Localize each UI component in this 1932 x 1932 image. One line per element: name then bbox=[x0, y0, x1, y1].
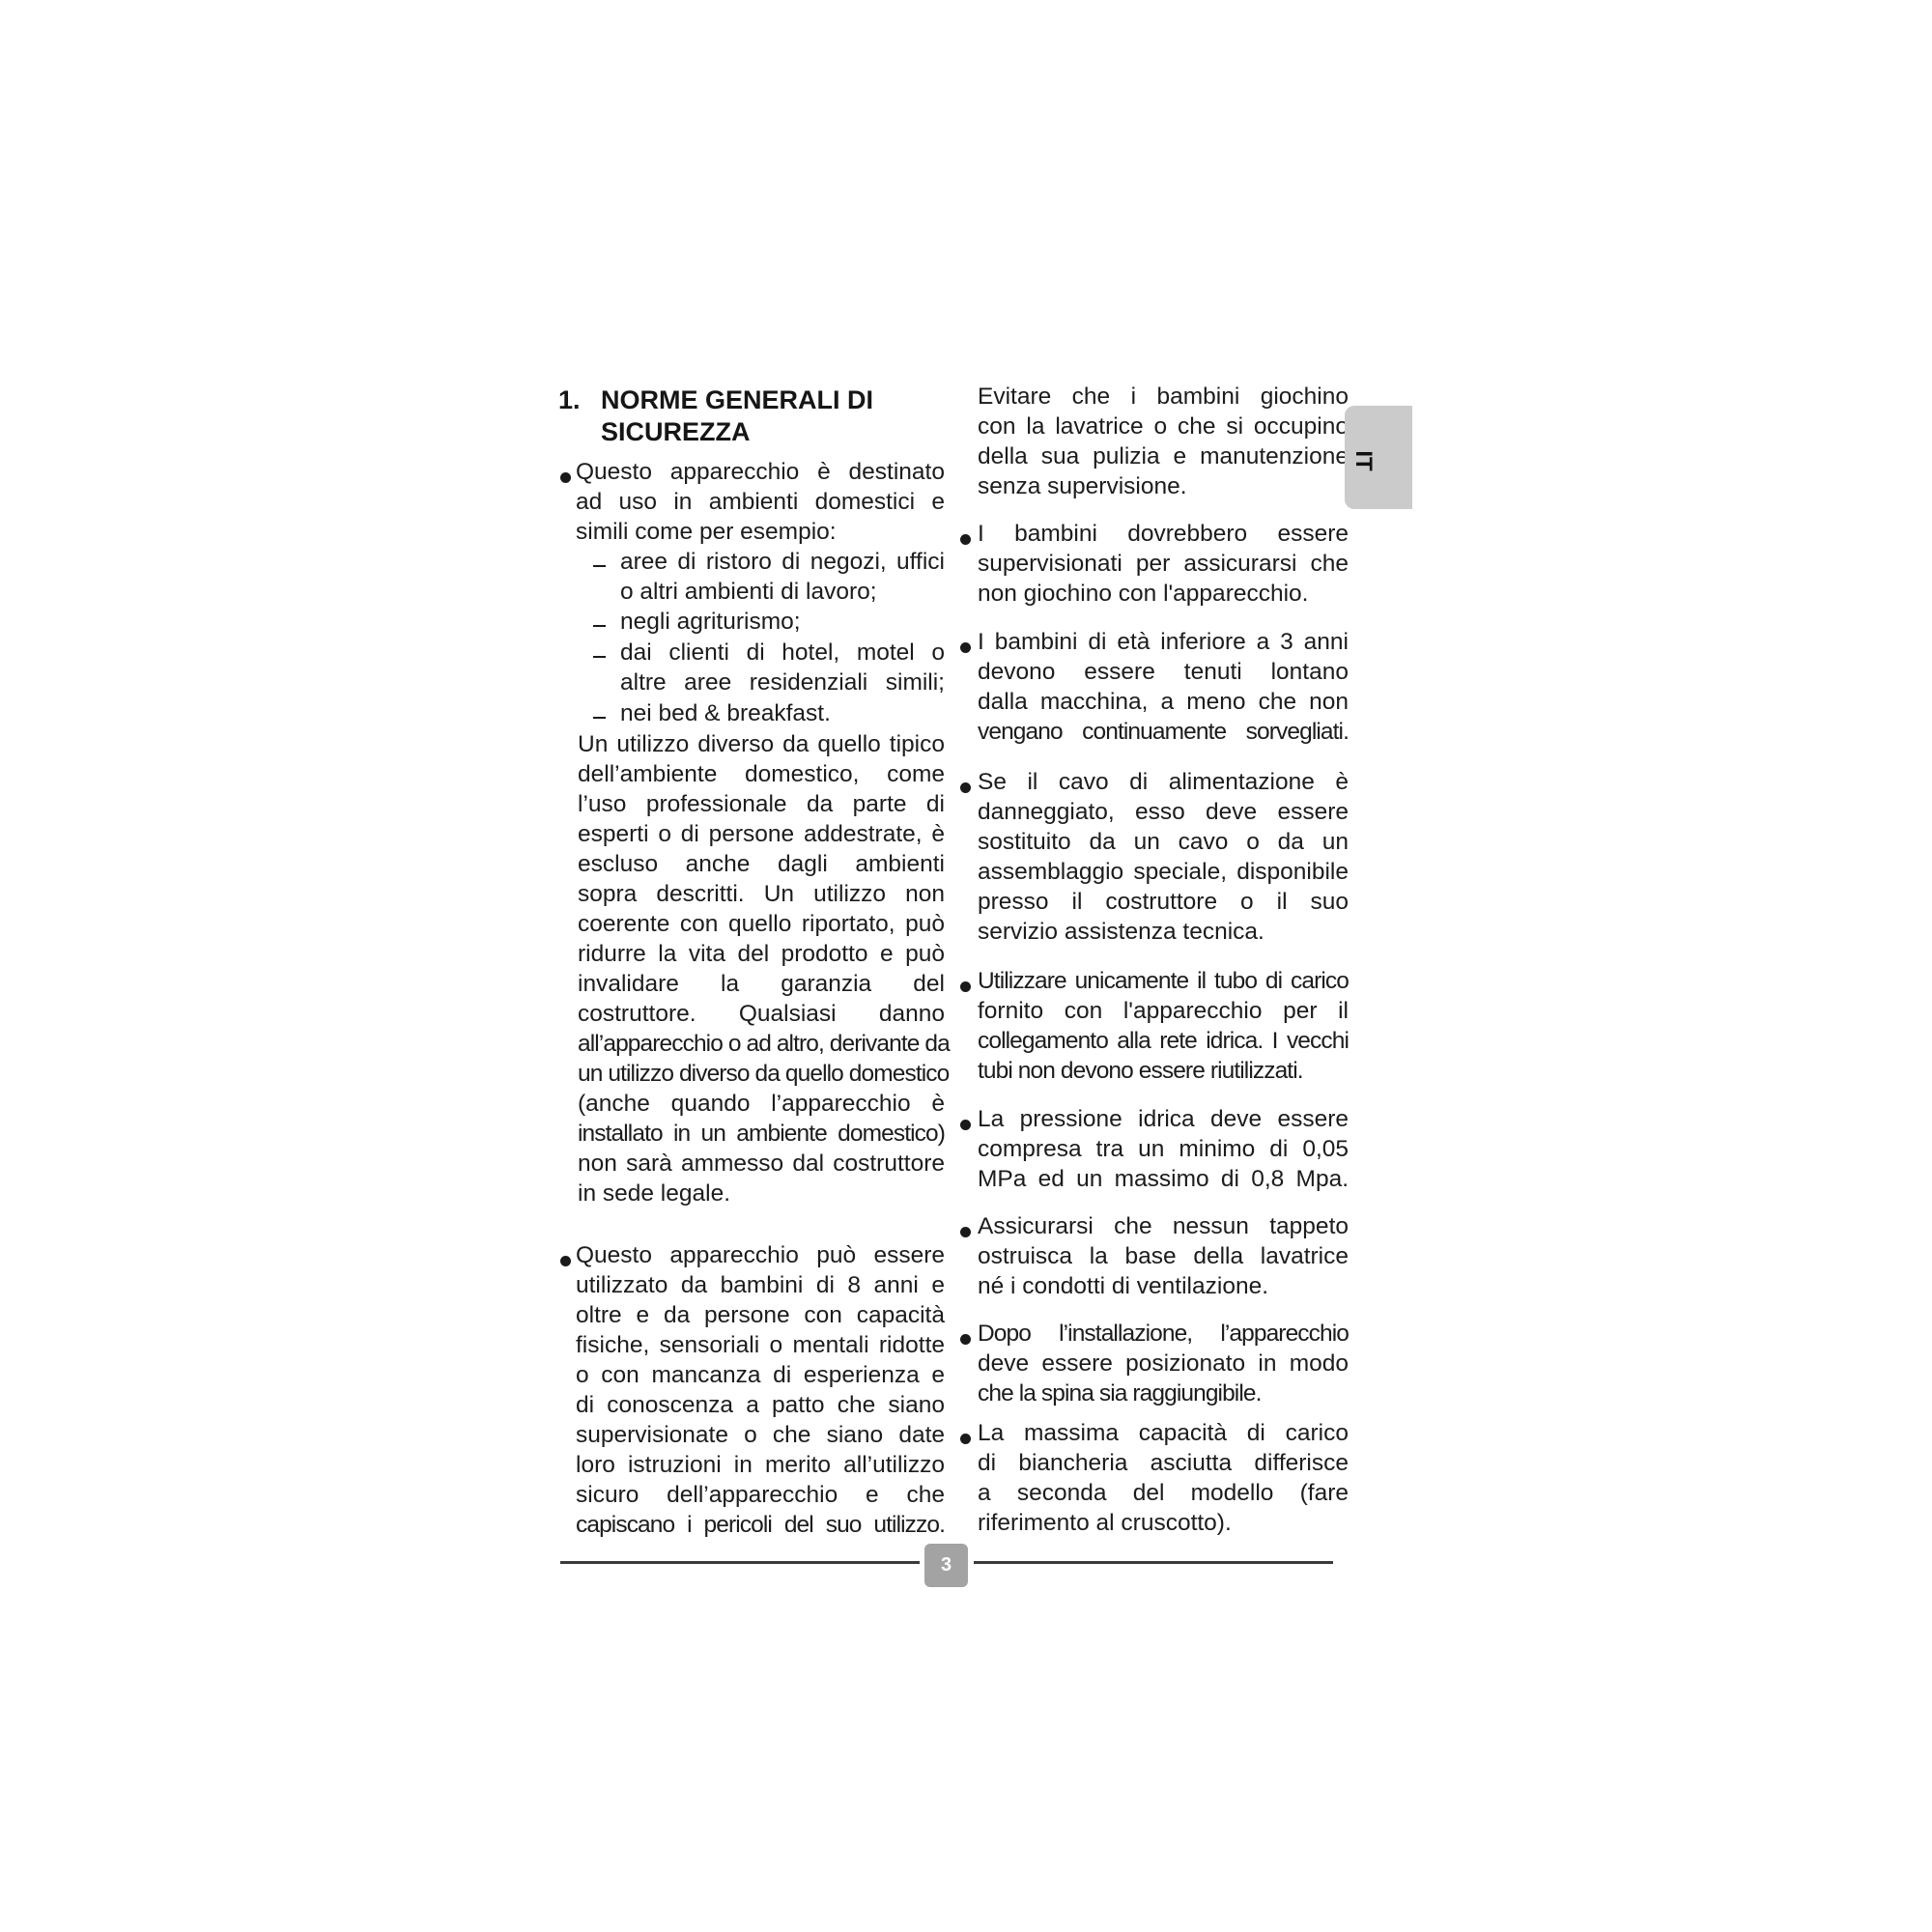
text-line: un utilizzo diverso da quello domestico bbox=[578, 1059, 945, 1089]
language-tab-label: IT bbox=[1349, 446, 1378, 475]
text-line: loro istruzioni in merito all’utilizzo bbox=[576, 1450, 945, 1480]
text-line: non giochino con l'apparecchio. bbox=[978, 579, 1349, 609]
text-line: assemblaggio speciale, disponibile bbox=[978, 857, 1349, 887]
text-line: in sede legale. bbox=[578, 1179, 945, 1208]
text-line: supervisionate o che siano date bbox=[576, 1420, 945, 1450]
bullet-item-children-use: Questo apparecchio può essere utilizzato… bbox=[576, 1240, 945, 1540]
text-line: ridurre la vita del prodotto e può bbox=[578, 939, 945, 969]
text-line: di biancheria asciutta differisce bbox=[978, 1448, 1349, 1478]
bullet-icon bbox=[960, 782, 971, 793]
text-line: senza supervisione. bbox=[978, 471, 1349, 501]
text-line: di conoscenza a patto che siano bbox=[576, 1390, 945, 1420]
bullet-icon bbox=[560, 472, 571, 483]
bullet-item-carpet: Assicurarsi che nessun tappeto ostruisca… bbox=[978, 1211, 1349, 1301]
text-line: supervisionati per assicurarsi che bbox=[978, 549, 1349, 579]
bullet-icon bbox=[960, 1434, 971, 1444]
text-line: ad uso in ambienti domestici e bbox=[576, 487, 945, 517]
page-number-badge: 3 bbox=[924, 1544, 968, 1587]
text-line: né i condotti di ventilazione. bbox=[978, 1271, 1349, 1301]
text-line: (anche quando l’apparecchio è bbox=[578, 1089, 945, 1119]
text-line: tubi non devono essere riutilizzati. bbox=[978, 1056, 1349, 1086]
text-line: servizio assistenza tecnica. bbox=[978, 917, 1349, 947]
text-line: all’apparecchio o ad altro, derivante da bbox=[578, 1029, 945, 1059]
text-line: ostruisca la base della lavatrice bbox=[978, 1241, 1349, 1271]
subitem-bed-breakfast: nei bed & breakfast. bbox=[620, 698, 945, 728]
text-line: negli agriturismo; bbox=[620, 607, 945, 637]
text-line: compresa tra un minimo di 0,05 bbox=[978, 1134, 1349, 1164]
bullet-item-under-3: I bambini di età inferiore a 3 anni devo… bbox=[978, 627, 1349, 747]
bullet-icon bbox=[960, 1334, 971, 1345]
subitem-hotels: dai clienti di hotel, motel o altre aree… bbox=[620, 638, 945, 697]
text-line: sostituito da un cavo o da un bbox=[978, 827, 1349, 857]
text-line: utilizzato da bambini di 8 anni e bbox=[576, 1270, 945, 1300]
text-line: aree di ristoro di negozi, uffici bbox=[620, 547, 945, 577]
text-line: Assicurarsi che nessun tappeto bbox=[978, 1211, 1349, 1241]
text-line: sicuro dell’apparecchio e che bbox=[576, 1480, 945, 1510]
text-line: collegamento alla rete idrica. I vecchi bbox=[978, 1026, 1349, 1056]
text-line: fornito con l'apparecchio per il bbox=[978, 996, 1349, 1026]
bullet-item-plug-access: Dopo l’installazione, l’apparecchio deve… bbox=[978, 1319, 1349, 1408]
text-line: Utilizzare unicamente il tubo di carico bbox=[978, 966, 1349, 996]
bullet-item-hose: Utilizzare unicamente il tubo di carico … bbox=[978, 966, 1349, 1086]
bullet-icon bbox=[960, 1227, 971, 1237]
text-line: esperti o di persone addestrate, è bbox=[578, 819, 945, 849]
text-line: oltre e da persone con capacità bbox=[576, 1300, 945, 1330]
text-line: l’uso professionale da parte di bbox=[578, 789, 945, 819]
bullet-icon bbox=[960, 642, 971, 653]
text-line: Questo apparecchio può essere bbox=[576, 1240, 945, 1270]
paragraph-improper-use: Un utilizzo diverso da quello tipico del… bbox=[578, 729, 945, 1208]
text-line: sopra descritti. Un utilizzo non bbox=[578, 879, 945, 909]
text-line: nei bed & breakfast. bbox=[620, 698, 945, 728]
text-line: La massima capacità di carico bbox=[978, 1418, 1349, 1448]
text-line: o con mancanza di esperienza e bbox=[576, 1360, 945, 1390]
dash-icon bbox=[593, 565, 606, 567]
dash-icon bbox=[593, 656, 606, 658]
section-title: NORME GENERALI DI SICUREZZA bbox=[601, 384, 968, 448]
paragraph-continuation: Evitare che i bambini giochino con la la… bbox=[978, 382, 1349, 501]
text-line: Un utilizzo diverso da quello tipico bbox=[578, 729, 945, 759]
text-line: installato in un ambiente domestico) bbox=[578, 1119, 945, 1149]
text-line: Evitare che i bambini giochino bbox=[978, 382, 1349, 412]
bullet-icon bbox=[960, 981, 971, 992]
text-line: capiscano i pericoli del suo utilizzo. bbox=[576, 1510, 945, 1540]
bullet-icon bbox=[960, 1120, 971, 1130]
text-line: riferimento al cruscotto). bbox=[978, 1508, 1349, 1538]
section-title-line: NORME GENERALI DI bbox=[601, 384, 968, 416]
subitem-shops-offices: aree di ristoro di negozi, uffici o altr… bbox=[620, 547, 945, 607]
text-line: vengano continuamente sorvegliati. bbox=[978, 717, 1349, 747]
bullet-icon bbox=[960, 534, 971, 545]
text-line: Se il cavo di alimentazione è bbox=[978, 767, 1349, 797]
text-line: I bambini di età inferiore a 3 anni bbox=[978, 627, 1349, 657]
text-line: Dopo l’installazione, l’apparecchio bbox=[978, 1319, 1349, 1349]
text-line: della sua pulizia e manutenzione bbox=[978, 441, 1349, 471]
footer-rule-right bbox=[974, 1561, 1333, 1564]
text-line: deve essere posizionato in modo bbox=[978, 1349, 1349, 1378]
text-line: o altri ambienti di lavoro; bbox=[620, 577, 945, 607]
bullet-item-supervision: I bambini dovrebbero essere supervisiona… bbox=[978, 519, 1349, 609]
bullet-item-intended-use: Questo apparecchio è destinato ad uso in… bbox=[576, 457, 945, 547]
text-line: presso il costruttore o il suo bbox=[978, 887, 1349, 917]
section-title-line: SICUREZZA bbox=[601, 416, 968, 448]
text-line: che la spina sia raggiungibile. bbox=[978, 1378, 1349, 1408]
dash-icon bbox=[593, 625, 606, 627]
footer-rule-left bbox=[560, 1561, 920, 1564]
bullet-item-max-load: La massima capacità di carico di bianche… bbox=[978, 1418, 1349, 1538]
section-number: 1. bbox=[558, 384, 581, 416]
text-line: fisiche, sensoriali o mentali ridotte bbox=[576, 1330, 945, 1360]
text-line: La pressione idrica deve essere bbox=[978, 1104, 1349, 1134]
text-line: MPa ed un massimo di 0,8 Mpa. bbox=[978, 1164, 1349, 1194]
text-line: coerente con quello riportato, può bbox=[578, 909, 945, 939]
text-line: devono essere tenuti lontano bbox=[978, 657, 1349, 687]
text-line: non sarà ammesso dal costruttore bbox=[578, 1149, 945, 1179]
subitem-agriturismo: negli agriturismo; bbox=[620, 607, 945, 637]
dash-icon bbox=[593, 717, 606, 719]
bullet-icon bbox=[560, 1256, 571, 1266]
manual-page: 1. NORME GENERALI DI SICUREZZA Questo ap… bbox=[0, 0, 1932, 1932]
text-line: a seconda del modello (fare bbox=[978, 1478, 1349, 1508]
text-line: dalla macchina, a meno che non bbox=[978, 687, 1349, 717]
text-line: costruttore. Qualsiasi danno bbox=[578, 999, 945, 1029]
text-line: dell’ambiente domestico, come bbox=[578, 759, 945, 789]
text-line: escluso anche dagli ambienti bbox=[578, 849, 945, 879]
text-line: dai clienti di hotel, motel o bbox=[620, 638, 945, 668]
text-line: invalidare la garanzia del bbox=[578, 969, 945, 999]
text-line: altre aree residenziali simili; bbox=[620, 668, 945, 697]
bullet-item-power-cord: Se il cavo di alimentazione è danneggiat… bbox=[978, 767, 1349, 947]
bullet-item-water-pressure: La pressione idrica deve essere compresa… bbox=[978, 1104, 1349, 1194]
text-line: Questo apparecchio è destinato bbox=[576, 457, 945, 487]
text-line: danneggiato, esso deve essere bbox=[978, 797, 1349, 827]
text-line: simili come per esempio: bbox=[576, 517, 945, 547]
text-line: con la lavatrice o che si occupino bbox=[978, 412, 1349, 441]
text-line: I bambini dovrebbero essere bbox=[978, 519, 1349, 549]
